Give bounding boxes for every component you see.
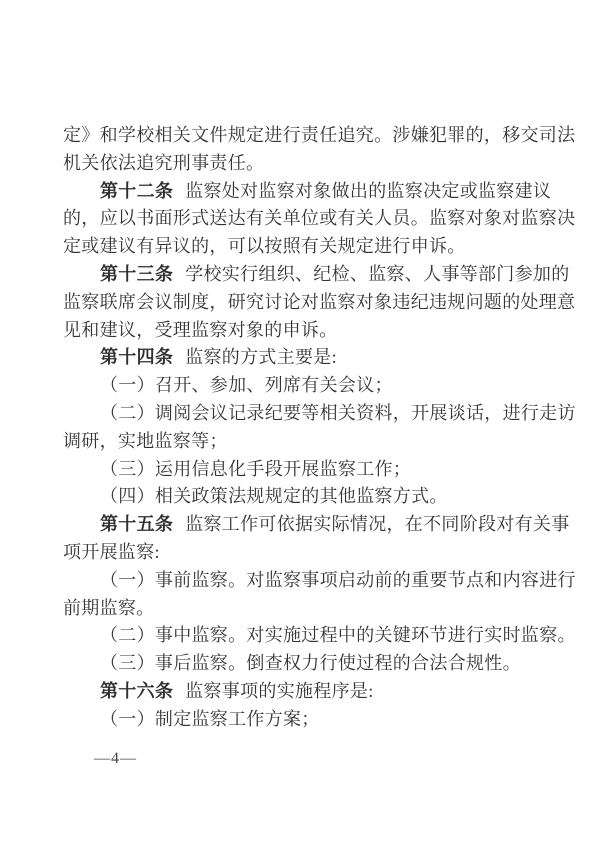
text-line: 调研，实地监察等；: [63, 428, 573, 456]
line-text: （三）运用信息化手段开展监察工作；: [100, 459, 411, 479]
document-body: 定》和学校相关文件规定进行责任追究。涉嫌犯罪的，移交司法机关依法追究刑事责任。第…: [63, 122, 573, 734]
text-line: （一）召开、参加、列席有关会议；: [63, 372, 573, 400]
text-line: （三）事后监察。倒查权力行使过程的合法合规性。: [63, 650, 573, 678]
article-heading: 第十五条: [100, 514, 173, 534]
article-heading: 第十二条: [100, 181, 173, 201]
text-line: （二）事中监察。对实施过程中的关键环节进行实时监察。: [63, 622, 573, 650]
line-text: 调研，实地监察等；: [63, 431, 228, 451]
text-line: 第十三条学校实行组织、纪检、监察、人事等部门参加的: [63, 261, 573, 289]
text-line: 第十六条监察事项的实施程序是:: [63, 678, 573, 706]
line-text: （三）事后监察。倒查权力行使过程的合法合规性。: [100, 653, 521, 673]
line-text: 监察联席会议制度，研究讨论对监察对象违纪违规问题的处理意: [63, 292, 575, 312]
line-text: 监察事项的实施程序是:: [185, 681, 373, 701]
text-line: 机关依法追究刑事责任。: [63, 150, 573, 178]
document-page: 定》和学校相关文件规定进行责任追究。涉嫌犯罪的，移交司法机关依法追究刑事责任。第…: [0, 0, 600, 848]
text-line: 见和建议，受理监察对象的申诉。: [63, 317, 573, 345]
text-line: 监察联席会议制度，研究讨论对监察对象违纪违规问题的处理意: [63, 289, 573, 317]
text-line: 前期监察。: [63, 595, 573, 623]
page-number: —4—: [94, 750, 137, 768]
line-text: 学校实行组织、纪检、监察、人事等部门参加的: [185, 264, 569, 284]
line-text: （一）召开、参加、列席有关会议；: [100, 375, 393, 395]
text-line: （二）调阅会议记录纪要等相关资料，开展谈话，进行走访: [63, 400, 573, 428]
line-text: （一）事前监察。对监察事项启动前的重要节点和内容进行: [100, 570, 576, 590]
line-text: 项开展监察:: [63, 542, 160, 562]
text-line: 项开展监察:: [63, 539, 573, 567]
text-line: 定》和学校相关文件规定进行责任追究。涉嫌犯罪的，移交司法: [63, 122, 573, 150]
line-text: 监察的方式主要是:: [185, 347, 337, 367]
text-line: （一）制定监察工作方案；: [63, 706, 573, 734]
line-text: 定》和学校相关文件规定进行责任追究。涉嫌犯罪的，移交司法: [63, 125, 575, 145]
line-text: 监察处对监察对象做出的监察决定或监察建议: [185, 181, 551, 201]
article-heading: 第十四条: [100, 347, 173, 367]
line-text: 前期监察。: [63, 598, 155, 618]
line-text: 监察工作可依据实际情况，在不同阶段对有关事: [185, 514, 569, 534]
text-line: 第十二条监察处对监察对象做出的监察决定或监察建议: [63, 178, 573, 206]
line-text: 的，应以书面形式送达有关单位或有关人员。监察对象对监察决: [63, 208, 575, 228]
line-text: 见和建议，受理监察对象的申诉。: [63, 320, 338, 340]
text-line: 第十四条监察的方式主要是:: [63, 344, 573, 372]
line-text: （四）相关政策法规规定的其他监察方式。: [100, 486, 448, 506]
article-heading: 第十六条: [100, 681, 173, 701]
line-text: （一）制定监察工作方案；: [100, 709, 320, 729]
text-line: 的，应以书面形式送达有关单位或有关人员。监察对象对监察决: [63, 205, 573, 233]
line-text: （二）事中监察。对实施过程中的关键环节进行实时监察。: [100, 625, 576, 645]
text-line: 定或建议有异议的，可以按照有关规定进行申诉。: [63, 233, 573, 261]
text-line: （四）相关政策法规规定的其他监察方式。: [63, 483, 573, 511]
text-line: （一）事前监察。对监察事项启动前的重要节点和内容进行: [63, 567, 573, 595]
text-line: 第十五条监察工作可依据实际情况，在不同阶段对有关事: [63, 511, 573, 539]
line-text: （二）调阅会议记录纪要等相关资料，开展谈话，进行走访: [100, 403, 576, 423]
text-line: （三）运用信息化手段开展监察工作；: [63, 456, 573, 484]
line-text: 机关依法追究刑事责任。: [63, 153, 264, 173]
line-text: 定或建议有异议的，可以按照有关规定进行申诉。: [63, 236, 466, 256]
article-heading: 第十三条: [100, 264, 173, 284]
